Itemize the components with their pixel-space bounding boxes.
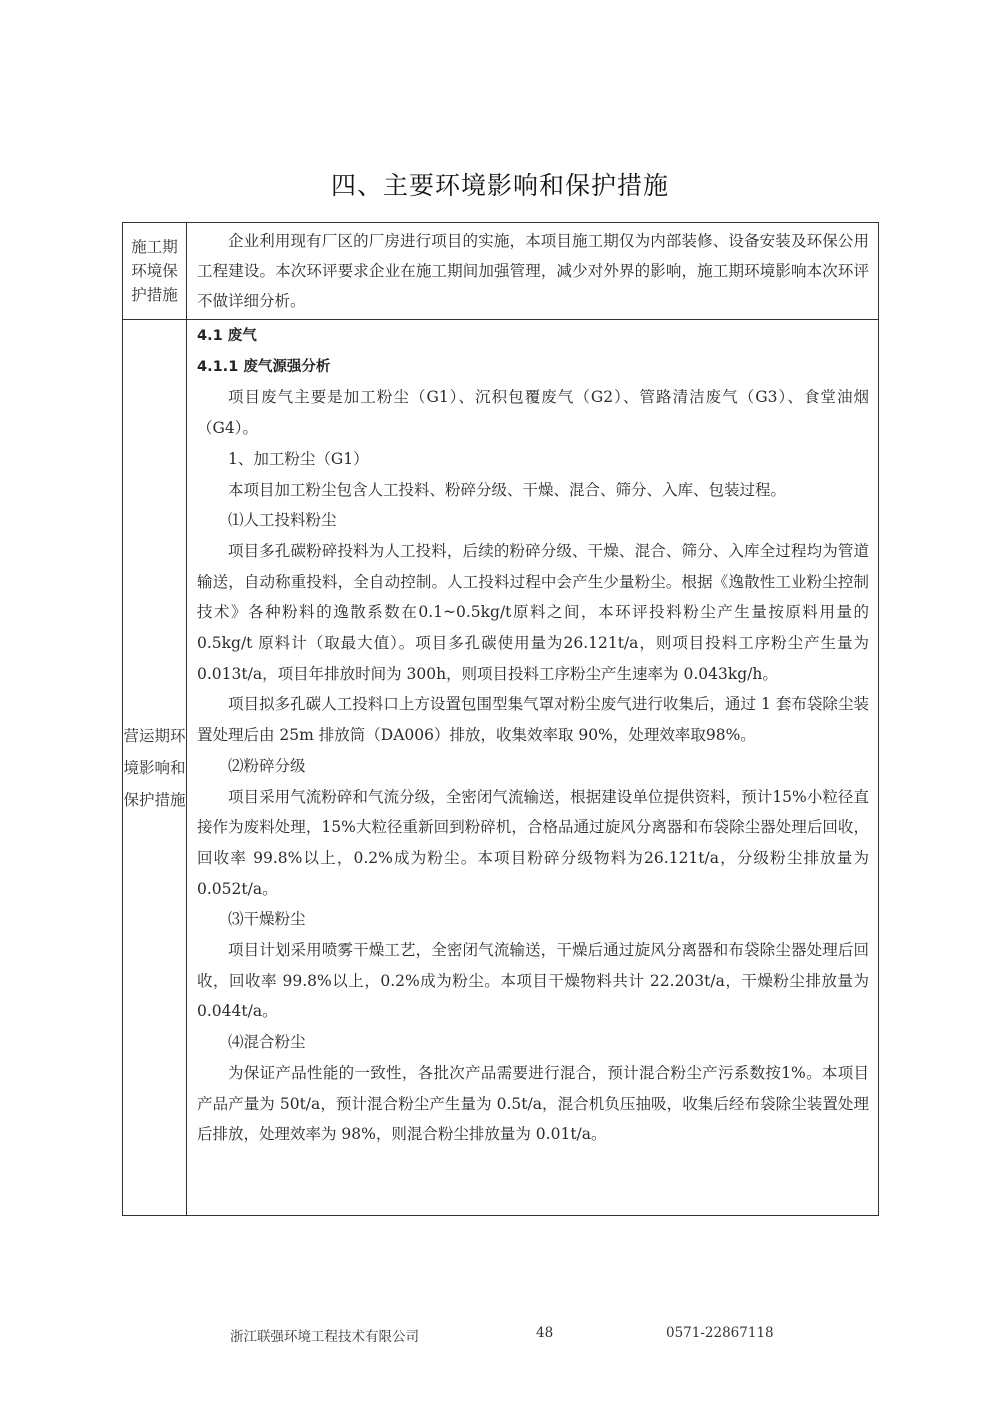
- construction-period-content: 企业利用现有厂区的厂房进行项目的实施，本项目施工期仅为内部装修、设备安装及环保公…: [187, 223, 879, 320]
- sub1-paragraph-1: 项目多孔碳粉碎投料为人工投料，后续的粉碎分级、干燥、混合、筛分、入库全过程均为管…: [197, 536, 869, 690]
- sub2-paragraph: 项目采用气流粉碎和气流分级，全密闭气流输送，根据建设单位提供资料，预计15%小粒…: [197, 782, 869, 905]
- footer-phone: 0571-22867118: [666, 1325, 774, 1341]
- sub3-paragraph: 项目计划采用喷雾干燥工艺，全密闭气流输送，干燥后通过旋风分离器和布袋除尘器处理后…: [197, 935, 869, 1027]
- sub1-title: ⑴人工投料粉尘: [197, 505, 869, 536]
- footer-page-number: 48: [536, 1325, 553, 1341]
- sub1-paragraph-2: 项目拟多孔碳人工投料口上方设置包围型集气罩对粉尘废气进行收集后，通过 1 套布袋…: [197, 689, 869, 750]
- construction-period-label: 施工期环境保护措施: [123, 223, 187, 320]
- section-heading: 4.1 废气: [197, 321, 869, 352]
- construction-period-row: 施工期环境保护措施 企业利用现有厂区的厂房进行项目的实施，本项目施工期仅为内部装…: [123, 223, 879, 320]
- measures-table: 施工期环境保护措施 企业利用现有厂区的厂房进行项目的实施，本项目施工期仅为内部装…: [122, 222, 879, 1216]
- item1-title: 1、加工粉尘（G1）: [197, 444, 869, 475]
- sub4-paragraph: 为保证产品性能的一致性，各批次产品需要进行混合，预计混合粉尘产污系数按1%。本项…: [197, 1058, 869, 1150]
- sub2-title: ⑵粉碎分级: [197, 751, 869, 782]
- sub3-title: ⑶干燥粉尘: [197, 904, 869, 935]
- operation-period-row: 营运期环境影响和保护措施 4.1 废气 4.1.1 废气源强分析 项目废气主要是…: [123, 320, 879, 1216]
- subsection-heading: 4.1.1 废气源强分析: [197, 352, 869, 383]
- intro-paragraph: 项目废气主要是加工粉尘（G1）、沉积包覆废气（G2）、管路清洁废气（G3）、食堂…: [197, 382, 869, 443]
- operation-period-content: 4.1 废气 4.1.1 废气源强分析 项目废气主要是加工粉尘（G1）、沉积包覆…: [187, 320, 879, 1216]
- page-title: 四、主要环境影响和保护措施: [0, 166, 1000, 202]
- footer-company: 浙江联强环境工程技术有限公司: [230, 1325, 419, 1345]
- item1-description: 本项目加工粉尘包含人工投料、粉碎分级、干燥、混合、筛分、入库、包装过程。: [197, 475, 869, 506]
- sub4-title: ⑷混合粉尘: [197, 1027, 869, 1058]
- operation-period-label: 营运期环境影响和保护措施: [123, 320, 187, 1216]
- construction-paragraph: 企业利用现有厂区的厂房进行项目的实施，本项目施工期仅为内部装修、设备安装及环保公…: [197, 226, 869, 316]
